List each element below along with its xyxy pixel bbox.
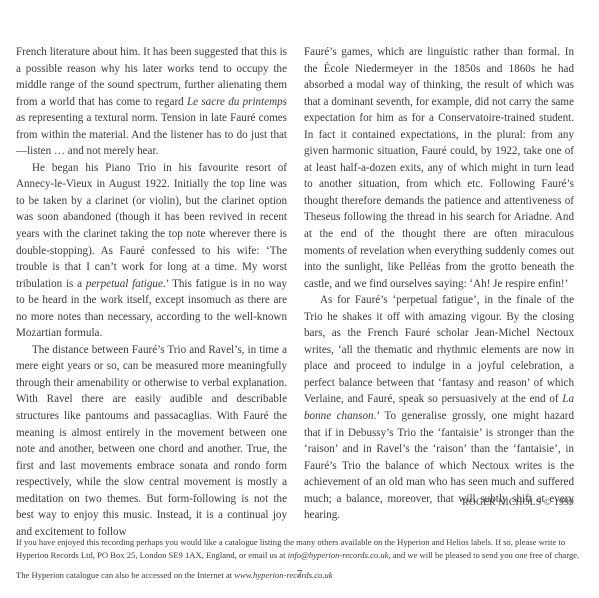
author-signature: ROGER NICHOLS © 1999 xyxy=(304,497,574,508)
paragraph-text: The distance between Fauré’s Trio and Ra… xyxy=(16,344,287,538)
email-address: info@hyperion-records.co.uk xyxy=(288,550,389,560)
page-number: 7 xyxy=(0,568,599,580)
paragraph: French literature about him. It has been… xyxy=(16,44,287,160)
paragraph: The distance between Fauré’s Trio and Ra… xyxy=(16,342,287,541)
paragraph-text: Fauré’s games, which are linguistic rath… xyxy=(304,46,574,290)
italic-title: Le sacre du printemps xyxy=(187,96,287,108)
paragraph: As for Fauré’s ‘perpetual fatigue’, in t… xyxy=(304,292,574,524)
right-column: Fauré’s games, which are linguistic rath… xyxy=(304,44,574,524)
paragraph-text: He began his Piano Trio in his favourite… xyxy=(16,162,287,290)
catalogue-notice: If you have enjoyed this recording perha… xyxy=(16,536,586,562)
booklet-page: French literature about him. It has been… xyxy=(0,0,599,598)
paragraph: Fauré’s games, which are linguistic rath… xyxy=(304,44,574,292)
paragraph: He began his Piano Trio in his favourite… xyxy=(16,160,287,342)
notice-text: , and we will be pleased to send you one… xyxy=(388,550,579,560)
left-column: French literature about him. It has been… xyxy=(16,44,287,540)
paragraph-text: As for Fauré’s ‘perpetual fatigue’, in t… xyxy=(304,294,574,405)
italic-phrase: perpetual fatigue xyxy=(86,278,163,290)
paragraph-text: as representing a textural norm. Tension… xyxy=(16,112,287,157)
